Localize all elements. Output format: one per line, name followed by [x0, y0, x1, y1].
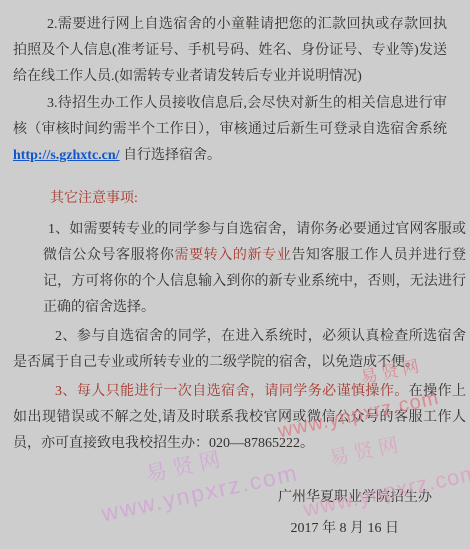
emphasis-red-text: 需要转入的新专业	[174, 248, 291, 263]
signature-organization: 广州华夏职业学院招生办	[13, 485, 447, 511]
body-text: 3.待招生办工作人员接收信息后,会尽快对新生的相关信息进行审核（审核时间约需半个…	[13, 96, 447, 137]
paragraph-remittance-instructions: 2.需要进行网上自选宿舍的小童鞋请把您的汇款回执或存款回执拍照及个人信息(准考证…	[13, 12, 447, 90]
document-body: 2.需要进行网上自选宿舍的小童鞋请把您的汇款回执或存款回执拍照及个人信息(准考证…	[0, 0, 470, 542]
body-text: 2.需要进行网上自选宿舍的小童鞋请把您的汇款回执或存款回执拍照及个人信息(准考证…	[13, 17, 447, 84]
paragraph-one-time-selection: 3、每人只能进行一次自选宿舍，请同学务必谨慎操作。在操作上如出现错误或不解之处,…	[13, 379, 466, 457]
document-page: 2.需要进行网上自选宿舍的小童鞋请把您的汇款回执或存款回执拍照及个人信息(准考证…	[0, 0, 470, 549]
paragraph-major-transfer: 1、如需要转专业的同学参与自选宿舍，请你务必要通过官网客服或微信公众号客服将你需…	[43, 217, 466, 321]
paragraph-dorm-check: 2、参与自选宿舍的同学，在进入系统时，必须认真检查所选宿舍是否属于自己专业或所转…	[13, 324, 466, 376]
body-text: 2、参与自选宿舍的同学，在进入系统时，必须认真检查所选宿舍是否属于自己专业或所转…	[13, 329, 466, 370]
other-notes-heading: 其它注意事项:	[50, 186, 466, 212]
emphasis-red-text: 3、每人只能进行一次自选宿舍，请同学务必谨慎操作。	[55, 384, 409, 399]
paragraph-review-process: 3.待招生办工作人员接收信息后,会尽快对新生的相关信息进行审核（审核时间约需半个…	[13, 91, 447, 169]
body-text: 自行选择宿舍。	[120, 148, 222, 163]
other-notes-section: 其它注意事项: 1、如需要转专业的同学参与自选宿舍，请你务必要通过官网客服或微信…	[13, 186, 466, 457]
dormitory-system-link[interactable]: http://s.gzhxtc.cn/	[13, 148, 120, 163]
signature-block: 广州华夏职业学院招生办 2017 年 8 月 16 日	[13, 485, 447, 542]
signature-date: 2017 年 8 月 16 日	[13, 516, 447, 542]
